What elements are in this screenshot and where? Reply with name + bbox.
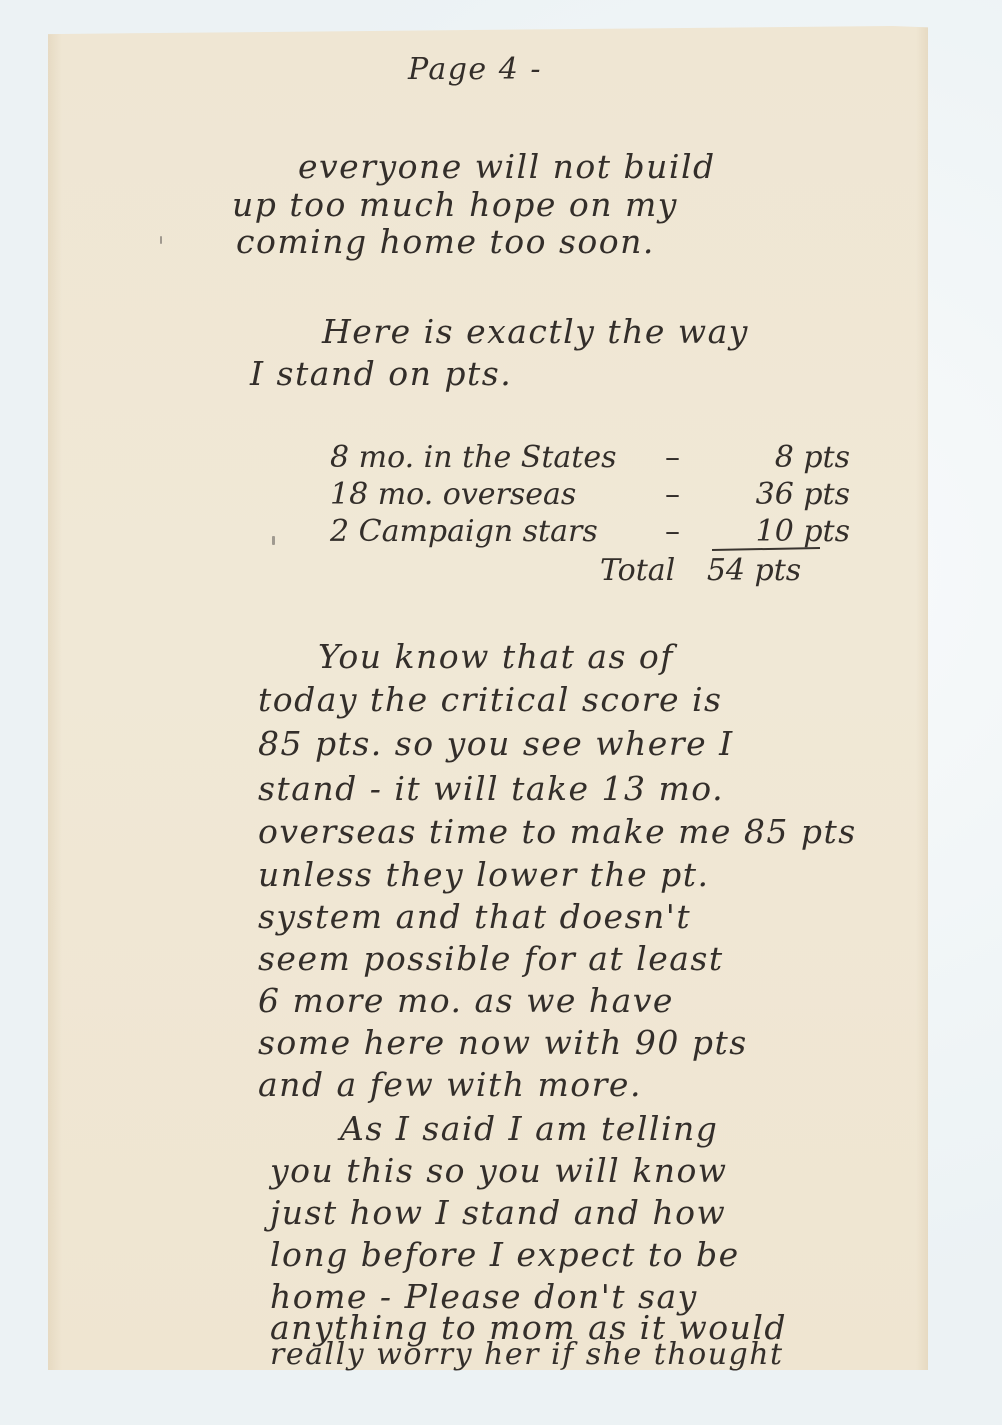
letter-line: stand - it will take 13 mo.: [258, 772, 724, 805]
letter-line: up too much hope on my: [232, 188, 678, 221]
letter-line: You know that as of: [318, 640, 674, 673]
letter-line: 85 pts. so you see where I: [258, 727, 734, 760]
paper-speck: [272, 536, 275, 545]
points-description: 2 Campaign stars: [330, 514, 598, 549]
points-dash: –: [665, 514, 680, 549]
letter-line: today the critical score is: [258, 683, 723, 716]
total-label: Total: [600, 553, 675, 588]
letter-line: system and that doesn't: [258, 900, 691, 933]
points-value: 8 pts: [775, 440, 850, 475]
points-row: 8 mo. in the States – 8 pts: [330, 440, 850, 477]
points-description: 8 mo. in the States: [330, 440, 617, 475]
letter-line: 6 more mo. as we have: [258, 984, 674, 1017]
points-dash: –: [665, 477, 680, 512]
page-number-header: Page 4 -: [408, 52, 542, 87]
points-row: 18 mo. overseas – 36 pts: [330, 477, 850, 514]
letter-line: I stand on pts.: [250, 357, 512, 390]
letter-line: As I said I am telling: [340, 1112, 718, 1145]
letter-line: you this so you will know: [270, 1154, 728, 1187]
letter-line: some here now with 90 pts: [258, 1026, 748, 1059]
letter-line: overseas time to make me 85 pts: [258, 815, 857, 848]
total-value: 54 pts: [707, 553, 801, 588]
letter-line: just how I stand and how: [270, 1196, 726, 1229]
points-row: 2 Campaign stars – 10 pts: [330, 514, 850, 551]
letter-line: long before I expect to be: [270, 1238, 740, 1271]
points-description: 18 mo. overseas: [330, 477, 576, 512]
points-value: 36 pts: [756, 477, 850, 512]
letter-line: everyone will not build: [298, 150, 716, 183]
letter-line: unless they lower the pt.: [258, 858, 710, 891]
points-value: 10 pts: [756, 514, 850, 549]
letter-line: really worry her if she thought: [270, 1340, 784, 1370]
letter-line: seem possible for at least: [258, 942, 724, 975]
points-breakdown: 8 mo. in the States – 8 pts 18 mo. overs…: [330, 440, 850, 551]
points-total: Total 54 pts: [600, 553, 801, 588]
letter-line: and a few with more.: [258, 1068, 642, 1101]
points-dash: –: [665, 440, 680, 475]
paper-speck: [160, 236, 162, 244]
letter-line: Here is exactly the way: [322, 315, 749, 348]
letter-line: coming home too soon.: [236, 225, 655, 258]
show-through-ink: [935, 520, 995, 720]
